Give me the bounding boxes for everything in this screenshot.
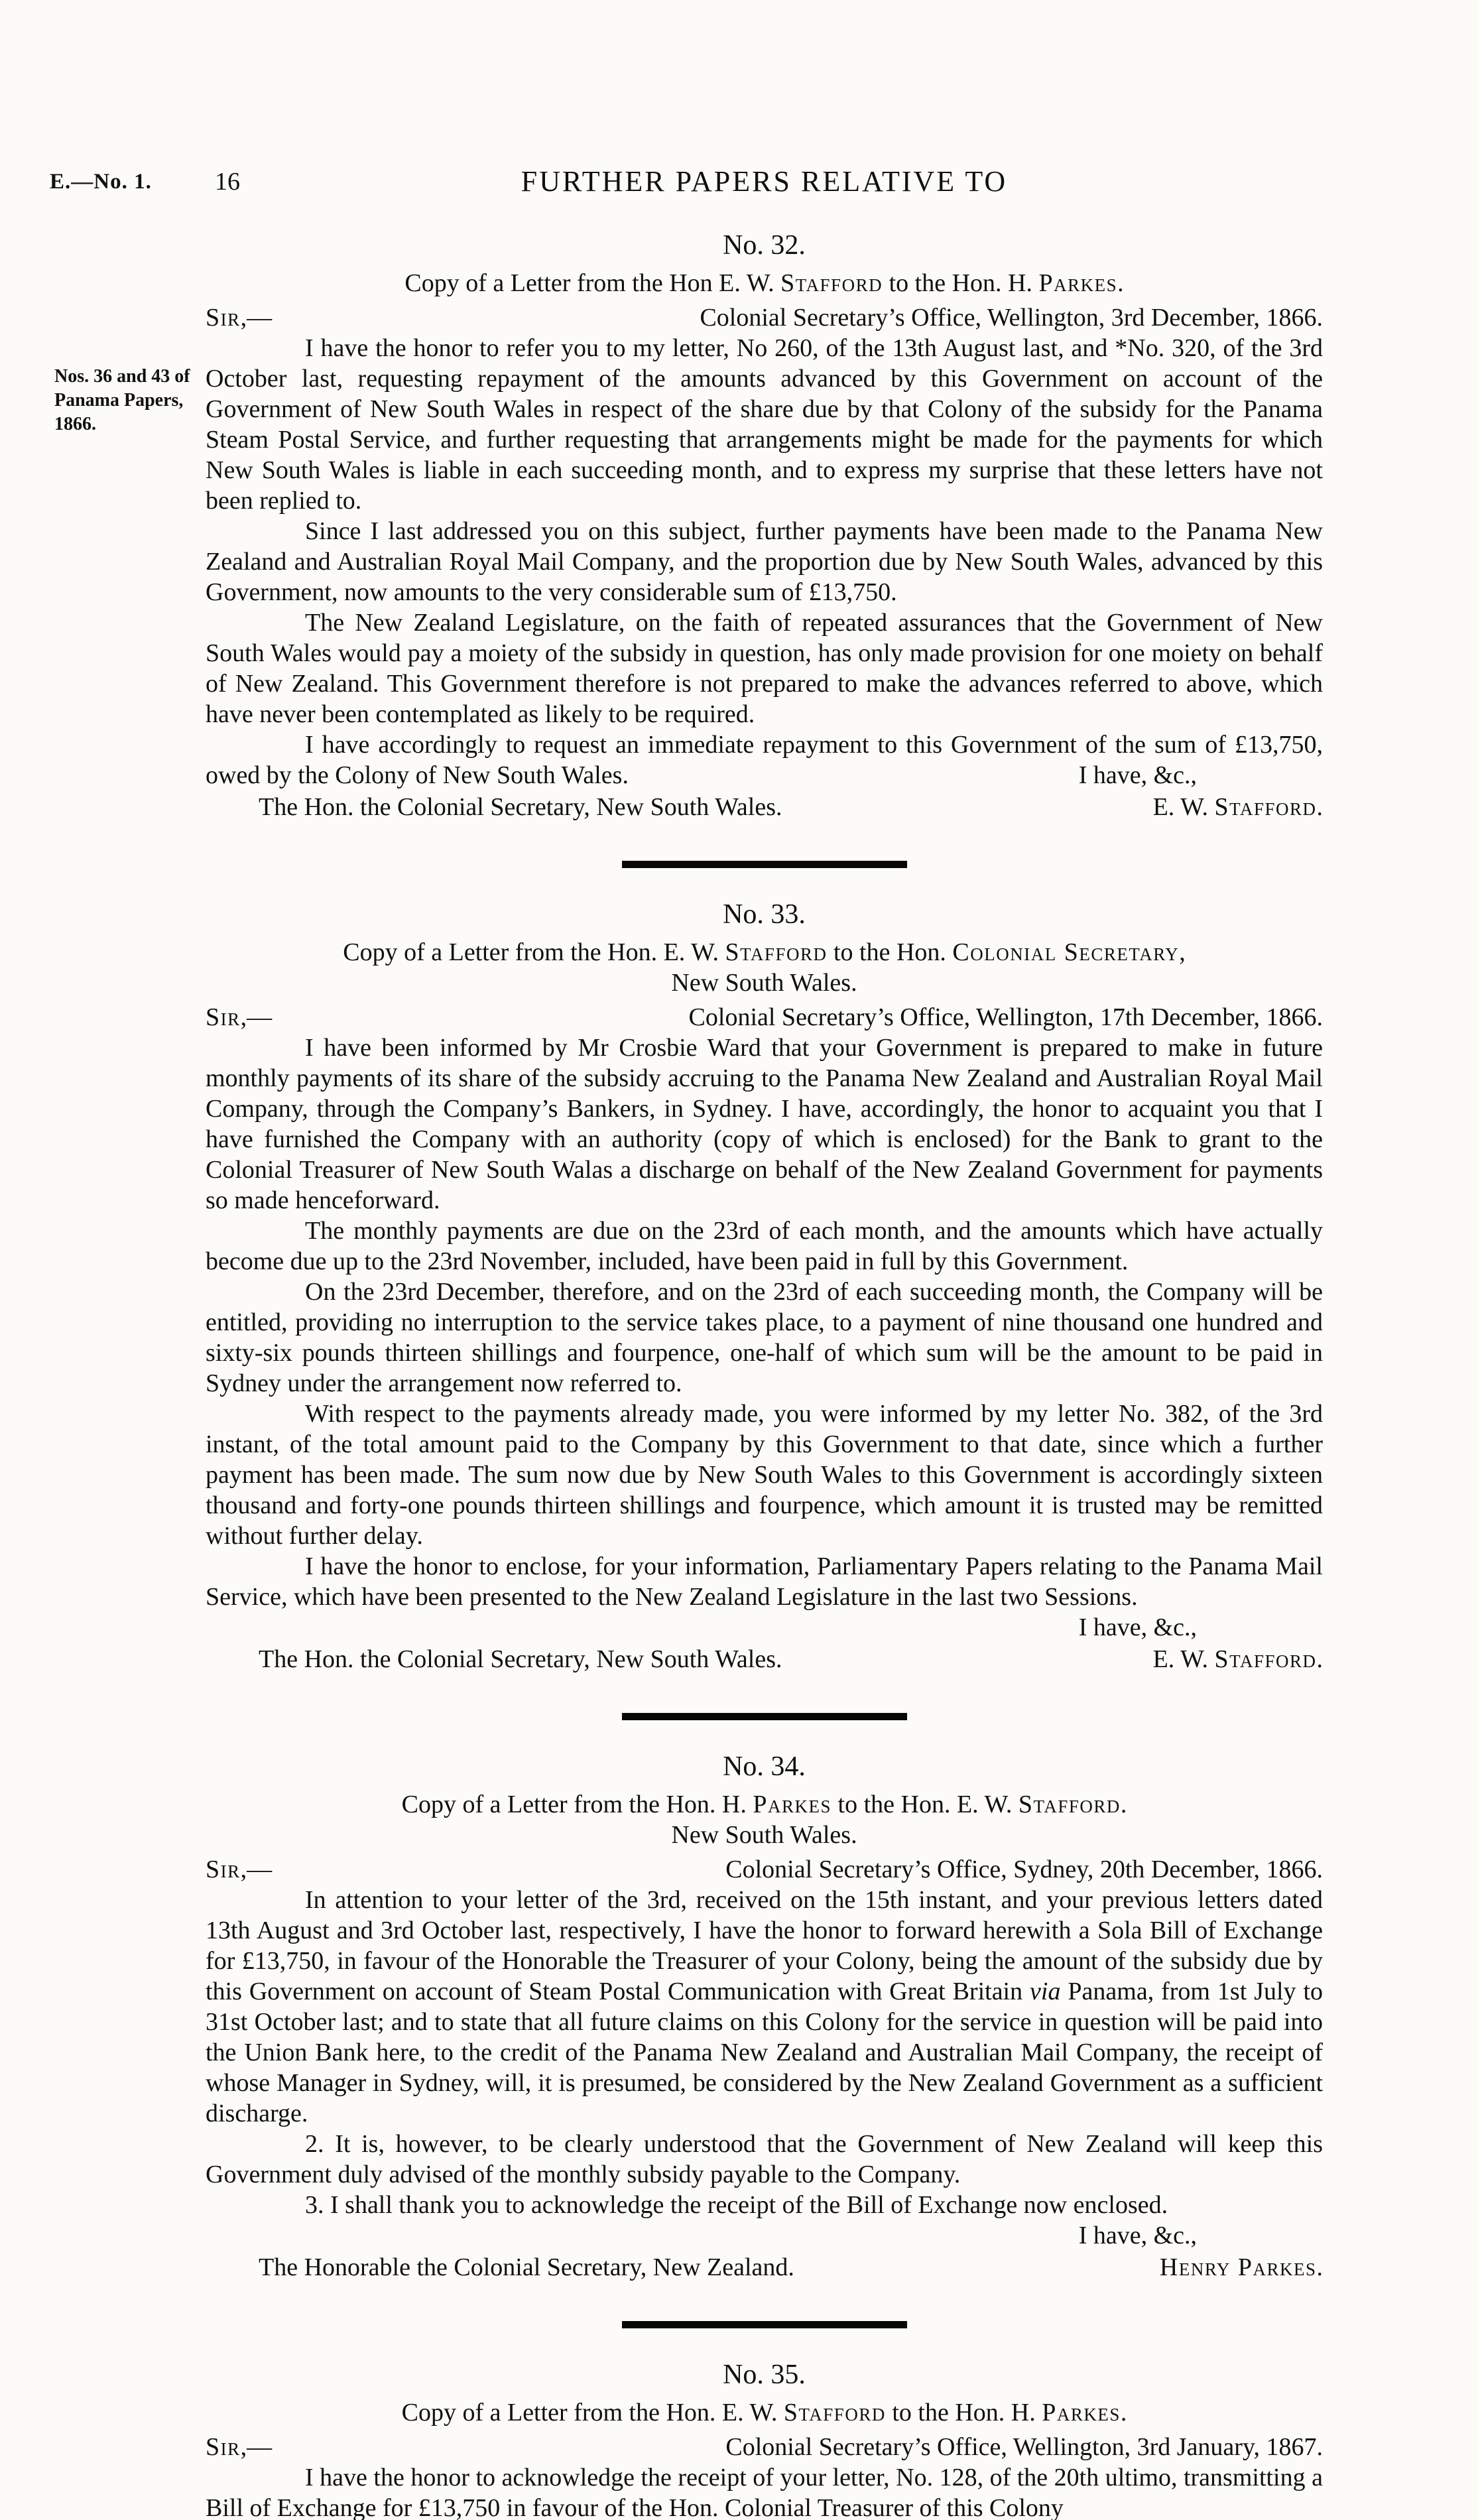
sender-name: Stafford [780, 269, 883, 297]
salutation-office: Colonial Secretary’s Office, Wellington,… [689, 1002, 1323, 1033]
recipient-colony-line: New South Wales. [206, 1820, 1323, 1850]
letter-caption: Copy of a Letter from the Hon. E. W. Sta… [206, 937, 1323, 968]
addressee: The Hon. the Colonial Secretary, New Sou… [206, 1644, 782, 1674]
margin-note: Nos. 36 and 43 of Panama Papers, 1866. [54, 365, 199, 436]
letter-caption: Copy of a Letter from the Hon. H. Parkes… [206, 1789, 1323, 1820]
caption-text: Copy of a Letter from the Hon. E. W. [343, 938, 725, 966]
recipient-name: Parkes [1042, 2399, 1121, 2426]
page-number: 16 [215, 167, 240, 196]
recipient-colony-line: New South Wales. [206, 968, 1323, 998]
salutation-office: Colonial Secretary’s Office, Wellington,… [700, 302, 1323, 333]
letter-paragraph: I have the honor to refer you to my lett… [206, 333, 1323, 516]
letter-number: No. 35. [206, 2359, 1323, 2391]
signature: Henry Parkes. [1160, 2252, 1323, 2283]
paragraph-with-margin-note: Nos. 36 and 43 of Panama Papers, 1866. I… [206, 333, 1323, 516]
salutation-row: Sir,— Colonial Secretary’s Office, Sydne… [206, 1854, 1323, 1885]
caption-text: to the Hon. [827, 938, 952, 966]
addressee: The Honorable the Colonial Secretary, Ne… [206, 2252, 794, 2283]
recipient-name: Colonial Secretary [952, 938, 1179, 966]
recipient-name: Stafford [1018, 1791, 1121, 1818]
signature: E. W. Stafford. [1153, 1644, 1323, 1674]
letter-paragraph: Since I last addressed you on this subje… [206, 516, 1323, 607]
letter-paragraph: I have been informed by Mr Crosbie Ward … [206, 1033, 1323, 1216]
closing-phrase: I have, &c., [206, 2220, 1323, 2251]
caption-text: . [1121, 1791, 1127, 1818]
salutation-office: Colonial Secretary’s Office, Sydney, 20t… [725, 1854, 1323, 1885]
caption-text: . [1121, 2399, 1127, 2426]
section-divider [622, 861, 907, 868]
caption-text: Copy of a Letter from the Hon E. W. [404, 269, 780, 297]
section-divider [622, 1713, 907, 1720]
letter-paragraph: With respect to the payments already mad… [206, 1399, 1323, 1551]
margin-note-line: Nos. 36 and 43 of [54, 365, 199, 389]
caption-text: to the Hon. E. W. [831, 1791, 1018, 1818]
caption-text: to the Hon. H. [883, 269, 1038, 297]
salutation-row: Sir,— Colonial Secretary’s Office, Welli… [206, 2432, 1323, 2462]
letter-number: No. 32. [206, 229, 1323, 261]
caption-text: Copy of a Letter from the Hon. H. [402, 1791, 753, 1818]
caption-text: . [1117, 269, 1124, 297]
margin-note-line: Panama Papers, [54, 389, 199, 412]
document-reference: E.—No. 1. [50, 170, 152, 194]
letter-no-32: No. 32. Copy of a Letter from the Hon E.… [206, 229, 1323, 822]
salutation-row: Sir,— Colonial Secretary’s Office, Welli… [206, 1002, 1323, 1033]
sender-name: Stafford [784, 2399, 886, 2426]
sender-name: Stafford [725, 938, 827, 966]
letter-paragraph: On the 23rd December, therefore, and on … [206, 1277, 1323, 1399]
salutation-row: Sir,— Colonial Secretary’s Office, Welli… [206, 302, 1323, 333]
caption-text: to the Hon. H. [886, 2399, 1042, 2426]
letter-paragraph: 2. It is, however, to be clearly underst… [206, 2129, 1323, 2190]
letter-no-35: No. 35. Copy of a Letter from the Hon. E… [206, 2359, 1323, 2520]
signature-row: The Hon. the Colonial Secretary, New Sou… [206, 1644, 1323, 1674]
letter-no-34: No. 34. Copy of a Letter from the Hon. H… [206, 1751, 1323, 2283]
sender-name: Parkes [753, 1791, 831, 1818]
salutation-sir: Sir,— [206, 302, 272, 333]
letter-caption: Copy of a Letter from the Hon. E. W. Sta… [206, 2397, 1323, 2428]
letter-paragraph: I have the honor to enclose, for your in… [206, 1551, 1323, 1612]
letter-no-33: No. 33. Copy of a Letter from the Hon. E… [206, 899, 1323, 1674]
letter-paragraph: I have the honor to acknowledge the rece… [206, 2462, 1323, 2520]
salutation-sir: Sir,— [206, 1002, 272, 1033]
document-page: E.—No. 1. 16 FURTHER PAPERS RELATIVE TO … [206, 164, 1323, 2520]
signature-row: The Honorable the Colonial Secretary, Ne… [206, 2252, 1323, 2283]
letter-paragraph: 3. I shall thank you to acknowledge the … [206, 2190, 1323, 2220]
closing-phrase: I have, &c., [206, 1612, 1323, 1643]
caption-text: , [1179, 938, 1186, 966]
italic-via: via [1030, 1978, 1060, 2005]
letter-paragraph: The monthly payments are due on the 23rd… [206, 1216, 1323, 1277]
letter-paragraph: The New Zealand Legislature, on the fait… [206, 607, 1323, 729]
recipient-name: Parkes [1038, 269, 1117, 297]
salutation-sir: Sir,— [206, 1854, 272, 1885]
letter-number: No. 34. [206, 1751, 1323, 1783]
salutation-sir: Sir,— [206, 2432, 272, 2462]
signature: E. W. Stafford. [1153, 792, 1323, 822]
page-header: E.—No. 1. 16 FURTHER PAPERS RELATIVE TO [206, 164, 1323, 207]
salutation-office: Colonial Secretary’s Office, Wellington,… [725, 2432, 1323, 2462]
page-title: FURTHER PAPERS RELATIVE TO [206, 164, 1323, 198]
section-divider [622, 2321, 907, 2328]
caption-text: Copy of a Letter from the Hon. E. W. [402, 2399, 784, 2426]
signature-row: The Hon. the Colonial Secretary, New Sou… [206, 792, 1323, 822]
letter-paragraph: In attention to your letter of the 3rd, … [206, 1885, 1323, 2129]
letter-caption: Copy of a Letter from the Hon E. W. Staf… [206, 268, 1323, 298]
letter-number: No. 33. [206, 899, 1323, 930]
margin-note-line: 1866. [54, 412, 199, 436]
addressee: The Hon. the Colonial Secretary, New Sou… [206, 792, 782, 822]
